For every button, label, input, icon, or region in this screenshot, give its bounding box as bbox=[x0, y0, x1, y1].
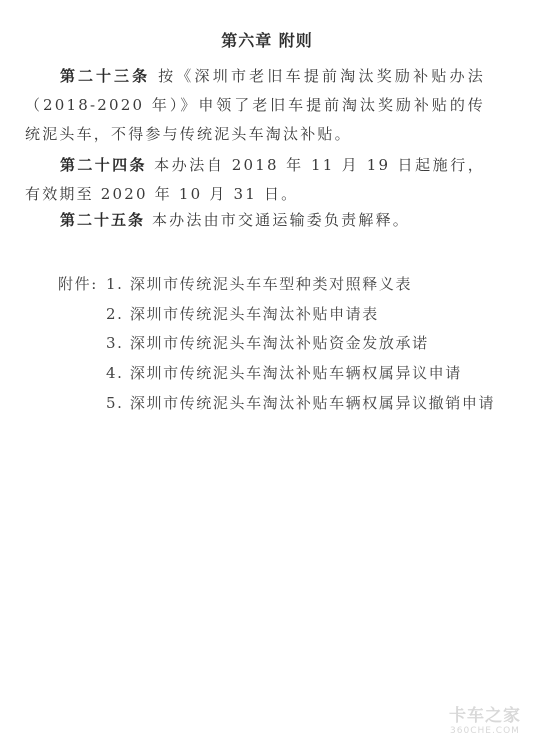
attachment-item: 3. 深圳市传统泥头车淘汰补贴资金发放承诺 bbox=[106, 329, 504, 359]
attachments-list: 1. 深圳市传统泥头车车型种类对照释义表 2. 深圳市传统泥头车淘汰补贴申请表 … bbox=[106, 270, 504, 419]
article-text: 本办法由市交通运输委负责解释。 bbox=[145, 211, 410, 229]
watermark-brand-cn: 卡车之家 bbox=[442, 706, 528, 726]
watermark-logo: 卡车之家 360CHE.COM bbox=[442, 706, 528, 737]
article-23: 第二十三条 按《深圳市老旧车提前淘汰奖励补贴办法（2018-2020 年）》申领… bbox=[25, 62, 485, 149]
article-label: 第二十五条 bbox=[60, 211, 145, 229]
attachment-item: 1. 深圳市传统泥头车车型种类对照释义表 bbox=[106, 270, 504, 300]
article-label: 第二十三条 bbox=[60, 67, 150, 85]
chapter-title: 第六章 附则 bbox=[0, 28, 534, 51]
attachment-item: 5. 深圳市传统泥头车淘汰补贴车辆权属异议撤销申请 bbox=[106, 389, 504, 419]
attachment-item: 4. 深圳市传统泥头车淘汰补贴车辆权属异议申请 bbox=[106, 359, 504, 389]
article-25: 第二十五条 本办法由市交通运输委负责解释。 bbox=[25, 206, 485, 235]
watermark-brand-en: 360CHE.COM bbox=[442, 726, 528, 737]
attachments-label: 附件: bbox=[58, 270, 98, 300]
attachment-item: 2. 深圳市传统泥头车淘汰补贴申请表 bbox=[106, 300, 504, 330]
article-24: 第二十四条 本办法自 2018 年 11 月 19 日起施行，有效期至 2020… bbox=[25, 151, 485, 209]
article-label: 第二十四条 bbox=[60, 156, 147, 174]
